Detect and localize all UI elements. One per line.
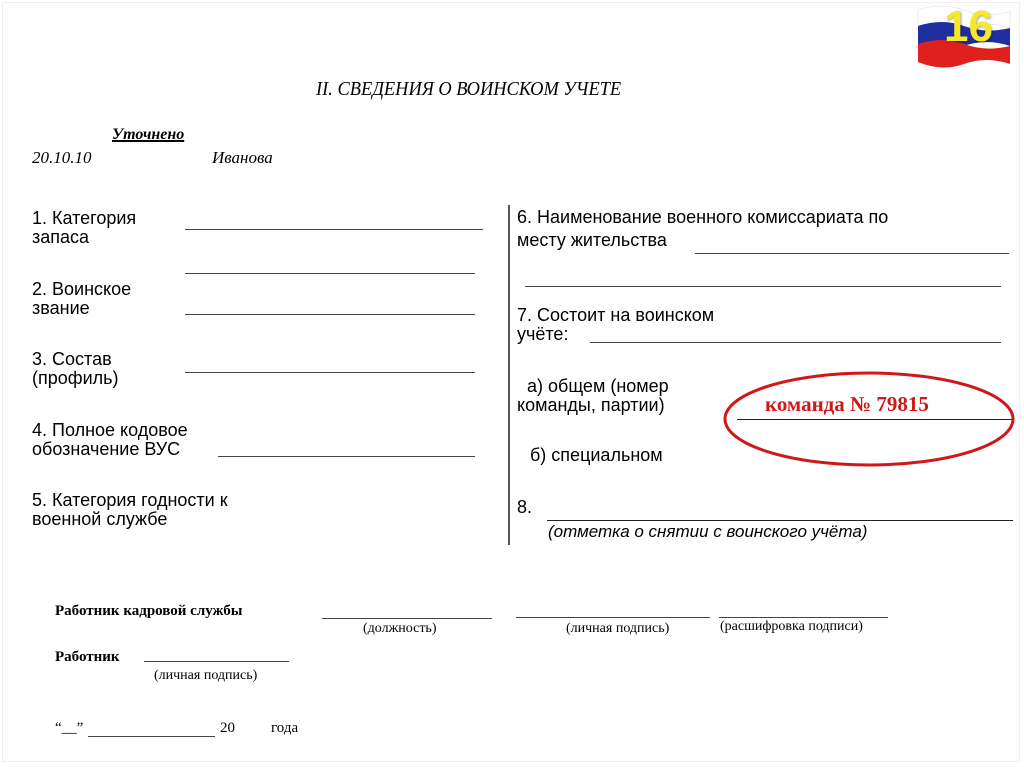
commissariat-input[interactable] <box>695 253 1009 254</box>
worker-label: Работник <box>55 649 120 666</box>
field-general-registration: а) общем (номер команды, партии) <box>517 377 669 415</box>
field-label: команды, партии) <box>517 396 669 415</box>
field-vus-code: 4. Полное кодовое обозначение ВУС <box>32 421 188 459</box>
field-label: 2. Воинское <box>32 280 131 299</box>
field-label: 1. Категория <box>32 209 136 228</box>
slide-number: 16 <box>944 2 993 52</box>
date-year-prefix: 20 <box>220 720 235 737</box>
field-label: 7. Состоит на воинском <box>517 306 714 325</box>
position-input[interactable] <box>322 618 492 619</box>
field-reserve-category: 1. Категория запаса <box>32 209 136 247</box>
refined-label: Уточнено <box>112 126 184 144</box>
field-label: запаса <box>32 228 136 247</box>
field-deregistration-number: 8. <box>517 498 532 517</box>
date-day: “__” <box>55 720 83 737</box>
field-special-registration: б) специальном <box>530 446 663 465</box>
military-rank-input[interactable] <box>185 314 475 315</box>
field-label: месту жительства <box>517 231 888 250</box>
registered-input[interactable] <box>590 342 1001 343</box>
field-commissariat: 6. Наименование военного комиссариата по… <box>517 208 888 250</box>
deregistration-note: (отметка о снятии с воинского учёта) <box>548 522 867 542</box>
refined-date: 20.10.10 <box>32 148 92 168</box>
field-label: 3. Состав <box>32 350 119 369</box>
red-ellipse-highlight <box>722 369 1016 469</box>
hr-worker-label: Работник кадровой службы <box>55 603 242 620</box>
field-label: обозначение ВУС <box>32 440 188 459</box>
field-label: звание <box>32 299 131 318</box>
hr-signature-input[interactable] <box>516 617 710 618</box>
field-registered: 7. Состоит на воинском учёте: <box>517 306 714 344</box>
signature-hint: (личная подпись) <box>566 621 669 637</box>
field-label: военной службе <box>32 510 228 529</box>
reserve-category-input[interactable] <box>185 229 483 230</box>
vus-code-input[interactable] <box>218 456 475 457</box>
worker-signature-input[interactable] <box>144 661 289 662</box>
date-year-suffix: года <box>271 720 298 737</box>
column-divider <box>508 205 510 545</box>
commissariat-input-2[interactable] <box>525 286 1001 287</box>
field-label: а) общем (номер <box>517 377 669 396</box>
section-title: II. СВЕДЕНИЯ О ВОИНСКОМ УЧЕТЕ <box>316 78 621 101</box>
deregistration-input[interactable] <box>547 520 1013 521</box>
refined-by: Иванова <box>212 148 273 168</box>
field-label: 4. Полное кодовое <box>32 421 188 440</box>
field-fitness-category: 5. Категория годности к военной службе <box>32 491 228 529</box>
position-hint: (должность) <box>363 621 436 637</box>
field-label: 6. Наименование военного комиссариата по <box>517 208 888 227</box>
date-month-input[interactable] <box>88 736 215 737</box>
field-military-rank: 2. Воинское звание <box>32 280 131 318</box>
extra-line-input[interactable] <box>185 273 475 274</box>
decode-hint: (расшифровка подписи) <box>720 619 863 635</box>
composition-input[interactable] <box>185 372 475 373</box>
worker-signature-hint: (личная подпись) <box>154 668 257 684</box>
signature-decode-input[interactable] <box>719 617 888 618</box>
field-label: (профиль) <box>32 369 119 388</box>
field-composition: 3. Состав (профиль) <box>32 350 119 388</box>
field-label: 5. Категория годности к <box>32 491 228 510</box>
